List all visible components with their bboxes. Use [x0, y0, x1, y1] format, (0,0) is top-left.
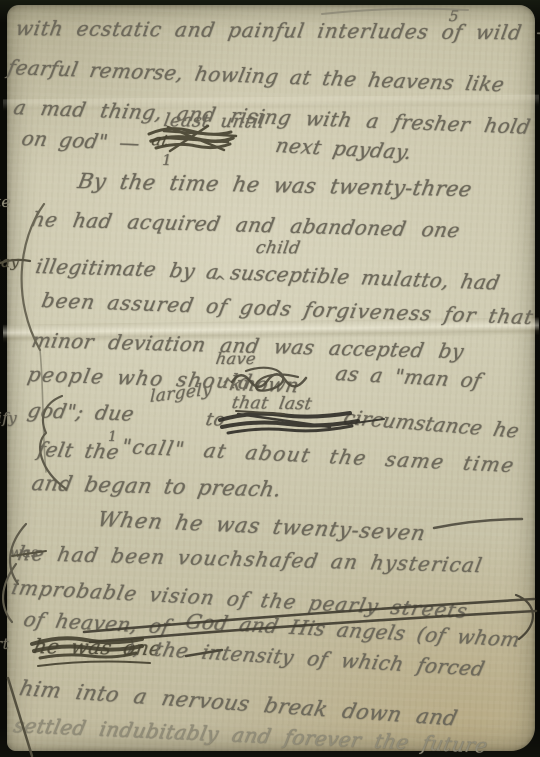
ms-insert-that-last: that last — [230, 393, 313, 414]
margin-note-te: te — [0, 193, 11, 211]
insertion-number-1a: 1 — [162, 151, 172, 169]
insertion-caret-have: ^ — [222, 377, 234, 393]
photographed-manuscript: with ecstatic and painful interludes of … — [0, 0, 540, 757]
ms-run-20: to — [204, 409, 227, 431]
insertion-caret-child: ^ — [214, 274, 226, 290]
margin-note-say: say — [0, 253, 19, 271]
margin-note-ify: ify — [0, 409, 17, 427]
ms-insert-child: child — [254, 238, 302, 258]
ms-run-0: with ecstatic and painful interludes of … — [14, 16, 540, 45]
ms-run-9: illegitimate — [34, 254, 159, 281]
ms-run-3: on god" — — [20, 126, 143, 155]
margin-note-was-struck: was — [10, 545, 39, 561]
page-number-mark: 5 — [448, 7, 460, 25]
margin-note-rt: rt — [0, 635, 9, 653]
ms-insert-have: have — [214, 349, 257, 368]
ms-insert-least-until: least until — [162, 110, 266, 133]
insertion-number-1b: 1 — [108, 429, 117, 445]
ms-run-18: god"; due — [26, 398, 137, 426]
